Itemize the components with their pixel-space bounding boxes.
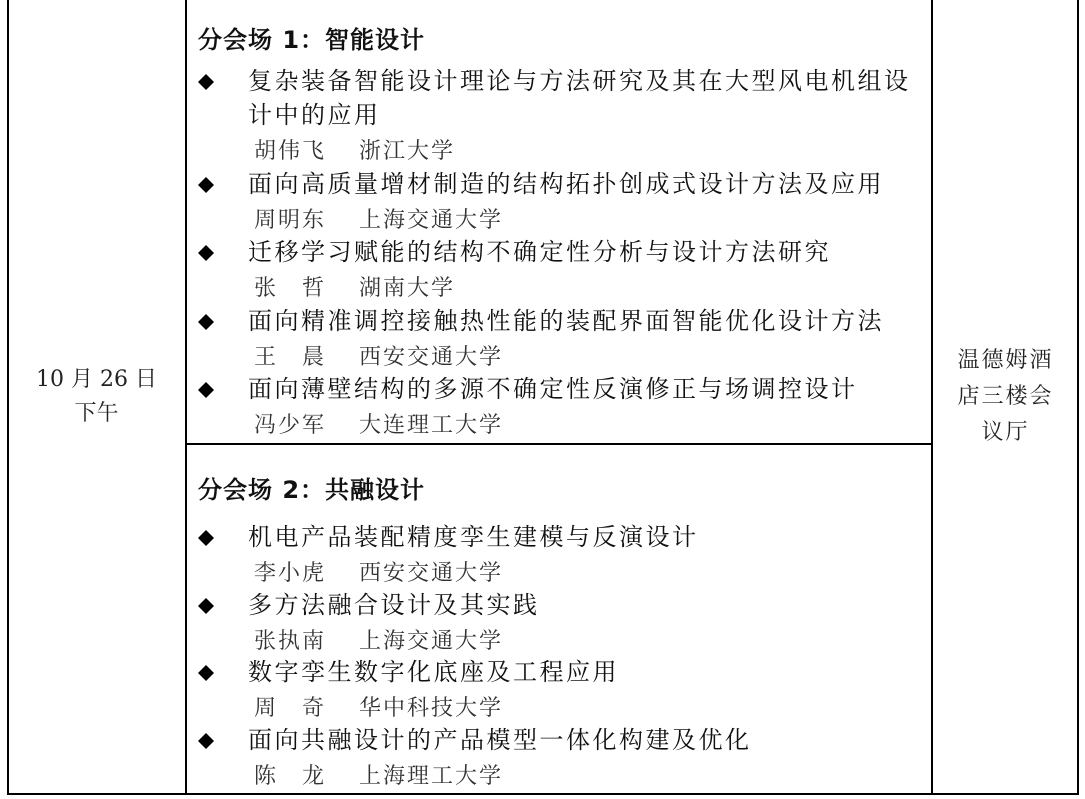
speaker-line: 李小虎 西安交通大学 <box>254 556 503 587</box>
diamond-bullet-icon <box>198 382 214 398</box>
speaker-name: 胡伟飞 <box>254 139 326 164</box>
diamond-bullet-icon <box>198 245 214 261</box>
speaker-line: 王 晨 西安交通大学 <box>254 340 503 371</box>
session-1: 分会场 1：智能设计 复杂装备智能设计理论与方法研究及其在大型风电机组设计中的应… <box>186 0 932 444</box>
diamond-bullet-icon <box>198 74 214 90</box>
speaker-affiliation: 西安交通大学 <box>359 561 503 586</box>
talk-title: 复杂装备智能设计理论与方法研究及其在大型风电机组设计中的应用 <box>248 64 928 132</box>
speaker-affiliation: 湖南大学 <box>359 276 455 301</box>
speaker-line: 周 奇 华中科技大学 <box>254 691 503 722</box>
speaker-line: 陈 龙 上海理工大学 <box>254 759 503 790</box>
speaker-affiliation: 浙江大学 <box>359 139 455 164</box>
speaker-affiliation: 大连理工大学 <box>359 413 503 438</box>
diamond-bullet-icon <box>198 177 214 193</box>
speaker-affiliation: 上海交通大学 <box>359 629 503 654</box>
speaker-affiliation: 上海交通大学 <box>359 208 503 233</box>
speaker-name: 李小虎 <box>254 561 326 586</box>
diamond-bullet-icon <box>198 598 214 614</box>
period-text: 下午 <box>74 397 118 431</box>
talk-title: 数字孪生数字化底座及工程应用 <box>248 655 928 689</box>
speaker-line: 张执南 上海交通大学 <box>254 624 503 655</box>
speaker-line: 周明东 上海交通大学 <box>254 203 503 234</box>
speaker-name: 冯少军 <box>254 413 326 438</box>
talk-title: 面向共融设计的产品模型一体化构建及优化 <box>248 723 928 757</box>
speaker-affiliation: 华中科技大学 <box>359 696 503 721</box>
talk-title: 迁移学习赋能的结构不确定性分析与设计方法研究 <box>248 235 928 269</box>
session-title: 分会场 2：共融设计 <box>198 470 425 505</box>
diamond-bullet-icon <box>198 530 214 546</box>
date-text: 10 月 26 日 <box>36 363 157 397</box>
venue-line: 温德姆酒 <box>957 343 1053 379</box>
speaker-name: 周 奇 <box>254 696 326 721</box>
session-2: 分会场 2：共融设计 机电产品装配精度孪生建模与反演设计 李小虎 西安交通大学 … <box>186 445 932 794</box>
speaker-name: 周明东 <box>254 208 326 233</box>
speaker-affiliation: 上海理工大学 <box>359 764 503 789</box>
diamond-bullet-icon <box>198 733 214 749</box>
talk-title: 面向高质量增材制造的结构拓扑创成式设计方法及应用 <box>248 167 928 201</box>
speaker-name: 王 晨 <box>254 345 326 370</box>
speaker-name: 张 哲 <box>254 276 326 301</box>
venue-cell: 温德姆酒 店三楼会 议厅 <box>933 0 1078 794</box>
speaker-name: 陈 龙 <box>254 764 326 789</box>
speaker-line: 胡伟飞 浙江大学 <box>254 134 455 165</box>
speaker-name: 张执南 <box>254 629 326 654</box>
venue-line: 店三楼会 <box>957 379 1053 415</box>
session-title: 分会场 1：智能设计 <box>198 20 425 55</box>
talk-title: 面向薄壁结构的多源不确定性反演修正与场调控设计 <box>248 372 928 406</box>
date-cell: 10 月 26 日 下午 <box>8 0 185 794</box>
talk-title: 多方法融合设计及其实践 <box>248 588 928 622</box>
diamond-bullet-icon <box>198 665 214 681</box>
talk-title: 机电产品装配精度孪生建模与反演设计 <box>248 520 928 554</box>
speaker-affiliation: 西安交通大学 <box>359 345 503 370</box>
speaker-line: 冯少军 大连理工大学 <box>254 408 503 439</box>
diamond-bullet-icon <box>198 314 214 330</box>
talk-title: 面向精准调控接触热性能的装配界面智能优化设计方法 <box>248 304 928 338</box>
venue-line: 议厅 <box>981 415 1029 451</box>
speaker-line: 张 哲 湖南大学 <box>254 271 455 302</box>
